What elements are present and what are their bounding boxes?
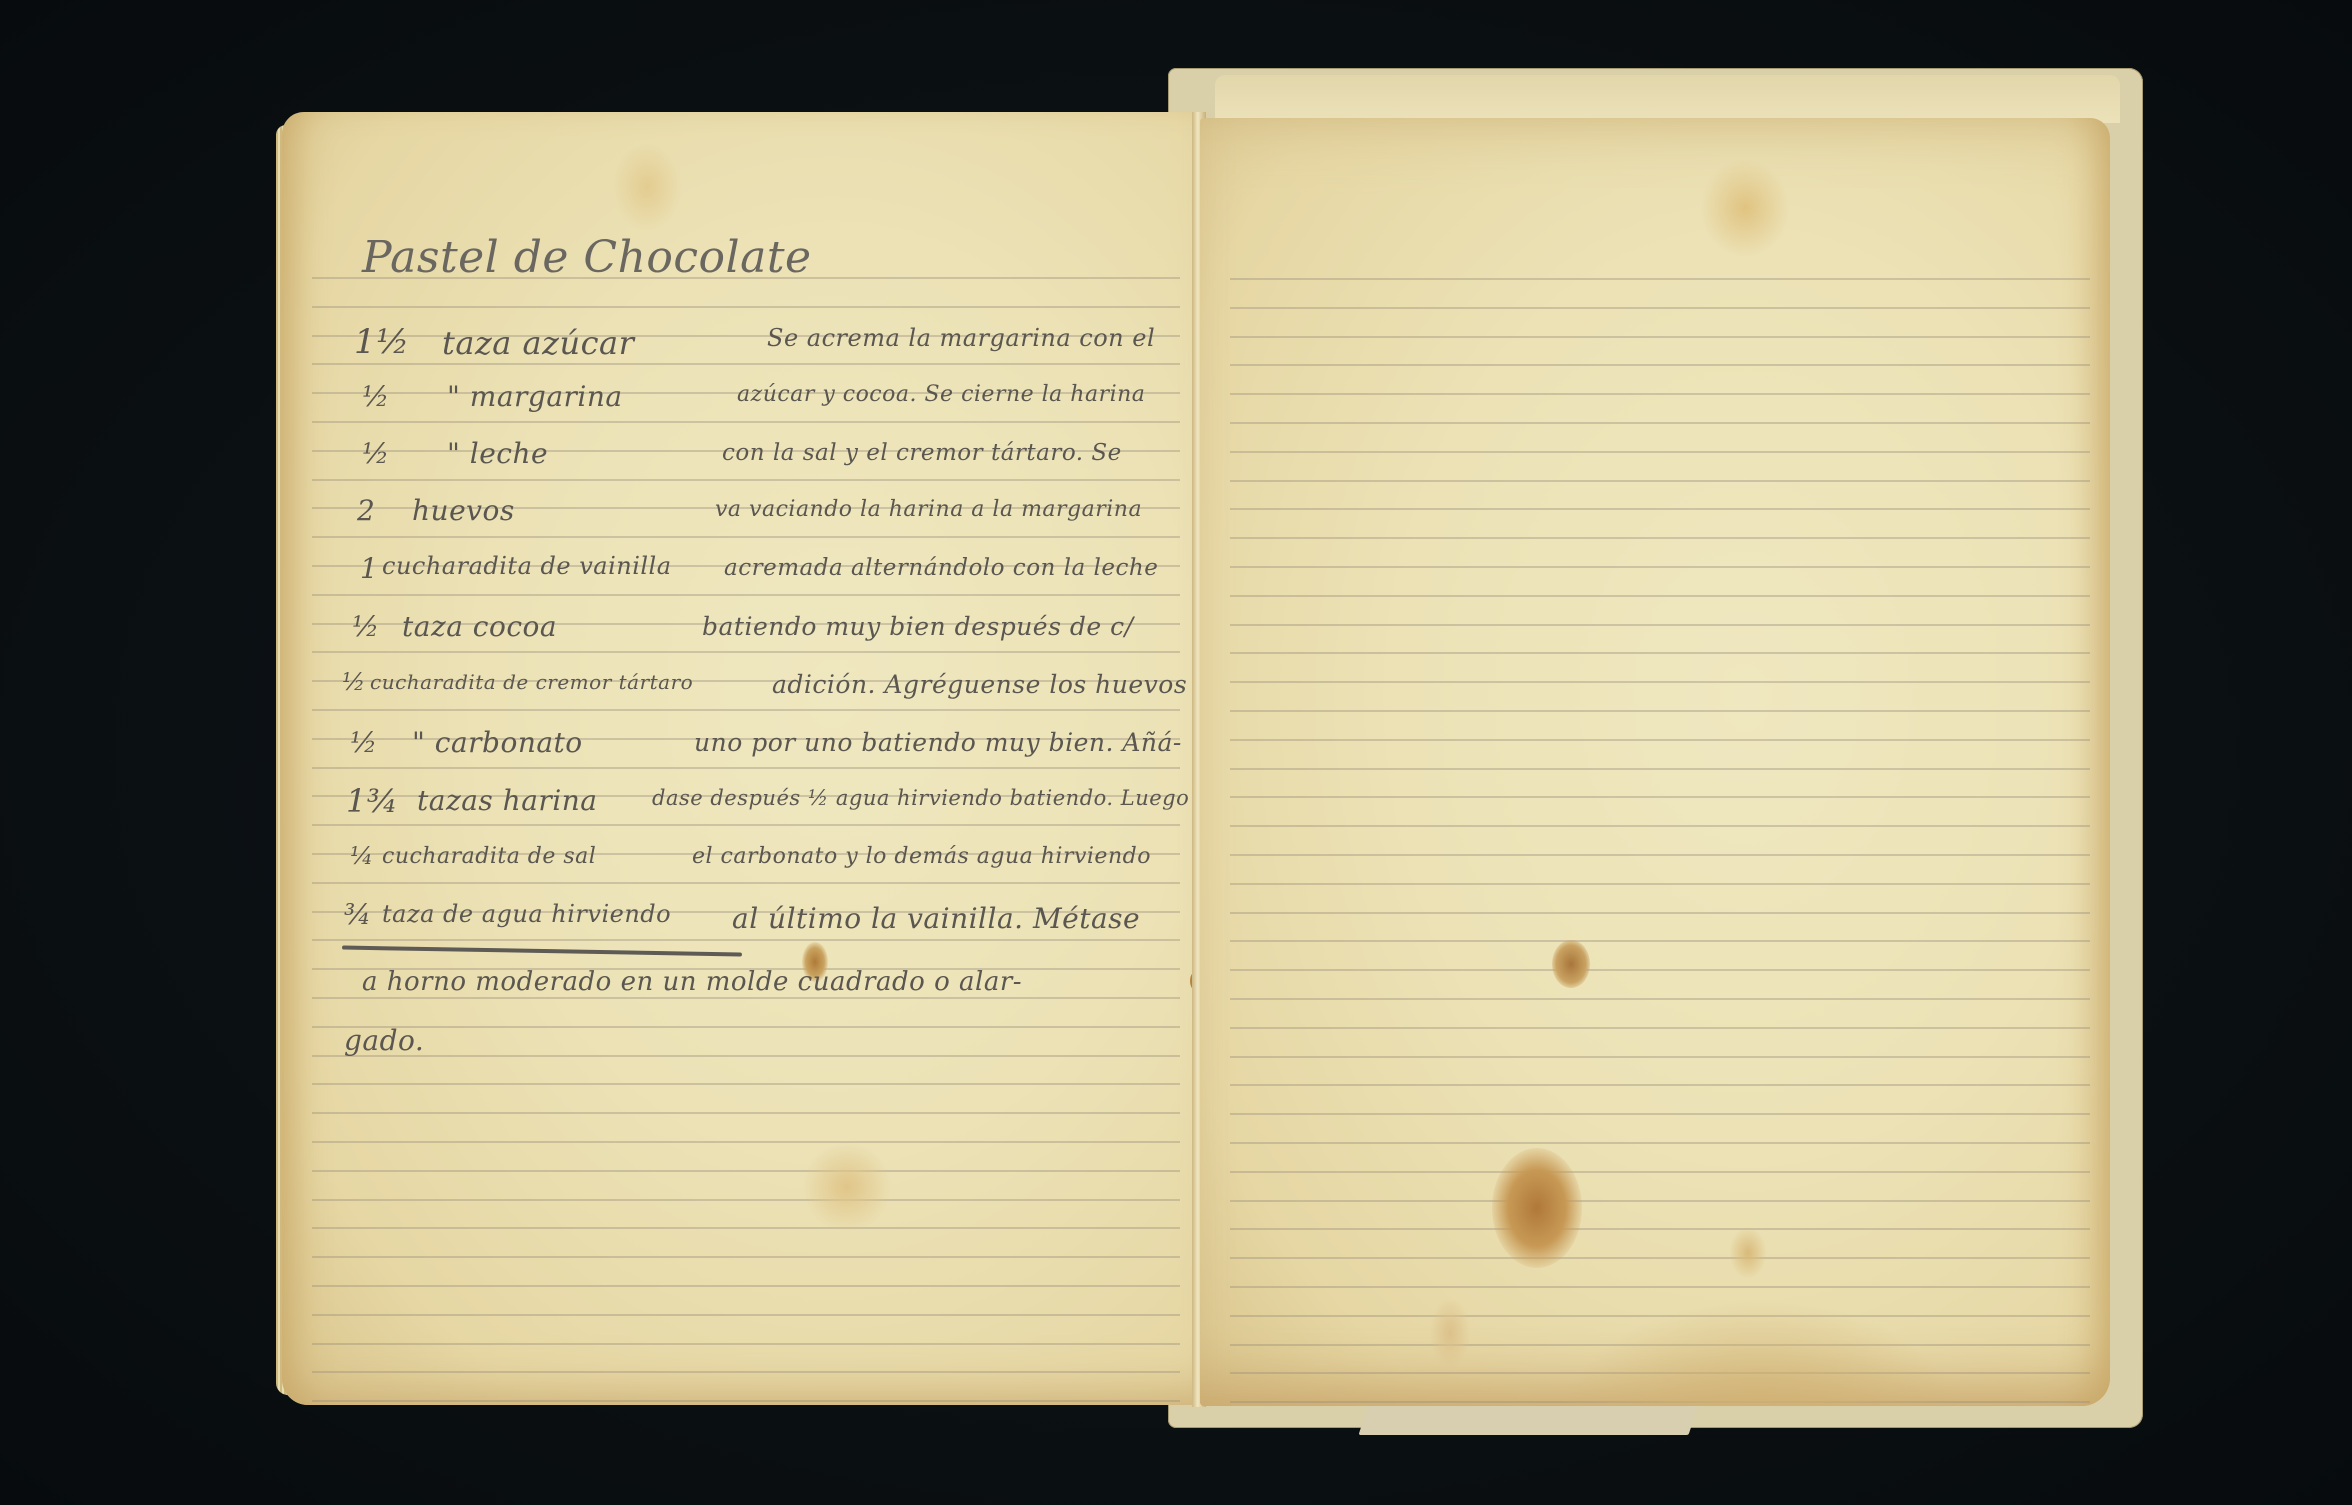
closing-line: a horno moderado en un molde cuadrado o … bbox=[362, 967, 1022, 997]
ruled-line bbox=[1230, 796, 2090, 798]
ruled-line bbox=[312, 882, 1180, 884]
ruled-line bbox=[312, 363, 1180, 365]
ruled-line bbox=[1230, 912, 2090, 914]
ingredient-qty: ½ bbox=[362, 380, 390, 413]
ruled-line bbox=[312, 1170, 1180, 1172]
ruled-line bbox=[312, 1256, 1180, 1258]
ruled-line bbox=[312, 1055, 1180, 1057]
ruled-line bbox=[1230, 1056, 2090, 1058]
ruled-line bbox=[1230, 998, 2090, 1000]
directions-line: uno por uno batiendo muy bien. Añá- bbox=[694, 728, 1182, 757]
ruled-lines bbox=[1200, 118, 2110, 1406]
stain bbox=[1552, 940, 1590, 988]
ruled-line bbox=[1230, 1142, 2090, 1144]
ruled-line bbox=[312, 997, 1180, 999]
directions-line: al último la vainilla. Métase bbox=[732, 902, 1140, 935]
ruled-line bbox=[312, 1112, 1180, 1114]
ingredient-item: taza azúcar bbox=[442, 324, 634, 362]
ruled-line bbox=[312, 709, 1180, 711]
ruled-line bbox=[312, 594, 1180, 596]
ruled-line bbox=[1230, 825, 2090, 827]
right-page bbox=[1200, 118, 2110, 1406]
ruled-line bbox=[312, 1083, 1180, 1085]
ruled-line bbox=[1230, 940, 2090, 942]
ruled-line bbox=[1230, 1027, 2090, 1029]
page-stack-top-edge bbox=[1215, 75, 2120, 123]
ruled-line bbox=[312, 1314, 1180, 1316]
ingredient-qty: ½ bbox=[362, 437, 390, 470]
ingredient-qty: 2 bbox=[357, 494, 375, 527]
directions-line: batiendo muy bien después de c/ bbox=[702, 612, 1134, 641]
ingredient-item: taza de agua hirviendo bbox=[382, 900, 671, 928]
notebook: Pastel de Chocolate 1½ taza azúcar ½ " m… bbox=[0, 0, 2352, 1505]
ingredient-item: " carbonato bbox=[412, 726, 583, 759]
directions-line: acremada alternándolo con la leche bbox=[724, 555, 1158, 581]
ruled-line bbox=[1230, 1286, 2090, 1288]
ruled-line bbox=[1230, 1171, 2090, 1173]
directions-line: Se acrema la margarina con el bbox=[767, 324, 1155, 352]
ingredient-item: cucharadita de vainilla bbox=[382, 552, 672, 580]
ruled-line bbox=[1230, 1200, 2090, 1202]
ruled-line bbox=[312, 1026, 1180, 1028]
ingredient-qty: ½ bbox=[350, 726, 378, 759]
ruled-line bbox=[1230, 480, 2090, 482]
ruled-line bbox=[1230, 278, 2090, 280]
ruled-line bbox=[312, 536, 1180, 538]
ruled-line bbox=[312, 824, 1180, 826]
directions-line: dase después ½ agua hirviendo batiendo. … bbox=[652, 786, 1189, 810]
ingredient-qty: ¼ bbox=[350, 842, 374, 870]
ruled-line bbox=[1230, 1084, 2090, 1086]
water-stain bbox=[1550, 1298, 1970, 1406]
ruled-line bbox=[1230, 883, 2090, 885]
directions-line: adición. Agréguense los huevos bbox=[772, 670, 1187, 699]
directions-line: va vaciando la harina a la margarina bbox=[715, 497, 1142, 522]
ruled-line bbox=[1230, 710, 2090, 712]
ingredient-item: taza cocoa bbox=[402, 610, 557, 643]
stain bbox=[1700, 158, 1790, 258]
stain bbox=[1492, 1148, 1582, 1268]
ruled-line bbox=[312, 939, 1180, 941]
ruled-line bbox=[312, 306, 1180, 308]
ruled-line bbox=[1230, 364, 2090, 366]
ingredient-qty: ½ bbox=[352, 610, 380, 643]
ingredient-item: huevos bbox=[412, 494, 515, 527]
directions-line: el carbonato y lo demás agua hirviendo bbox=[692, 844, 1151, 869]
ruled-line bbox=[1230, 768, 2090, 770]
ruled-line bbox=[1230, 595, 2090, 597]
directions-line: con la sal y el cremor tártaro. Se bbox=[722, 440, 1122, 466]
ruled-line bbox=[312, 767, 1180, 769]
ruled-line bbox=[1230, 451, 2090, 453]
ruled-line bbox=[1230, 681, 2090, 683]
ruled-line bbox=[312, 1371, 1180, 1373]
ruled-line bbox=[1230, 1228, 2090, 1230]
ruled-line bbox=[1230, 422, 2090, 424]
ruled-line bbox=[312, 1199, 1180, 1201]
ruled-line bbox=[312, 1285, 1180, 1287]
ruled-line bbox=[312, 479, 1180, 481]
ruled-line bbox=[1230, 508, 2090, 510]
ingredient-qty: 1½ bbox=[354, 322, 410, 362]
ruled-line bbox=[1230, 739, 2090, 741]
ruled-line bbox=[1230, 566, 2090, 568]
ingredient-item: cucharadita de cremor tártaro bbox=[370, 670, 693, 694]
ruled-line bbox=[1230, 307, 2090, 309]
ingredient-qty: ½ bbox=[342, 668, 366, 696]
ruled-line bbox=[312, 651, 1180, 653]
recipe-title: Pastel de Chocolate bbox=[362, 232, 812, 283]
left-page: Pastel de Chocolate 1½ taza azúcar ½ " m… bbox=[282, 112, 1200, 1405]
ruled-line bbox=[1230, 336, 2090, 338]
ruled-line bbox=[312, 1400, 1180, 1402]
stain bbox=[1430, 1298, 1470, 1368]
ingredient-qty: 1 bbox=[360, 552, 378, 585]
ruled-line bbox=[1230, 652, 2090, 654]
stain bbox=[612, 142, 682, 232]
ingredient-item: " leche bbox=[447, 437, 548, 470]
ruled-line bbox=[1230, 1257, 2090, 1259]
ruled-line bbox=[1230, 624, 2090, 626]
ingredient-item: " margarina bbox=[447, 380, 623, 413]
ruled-line bbox=[312, 421, 1180, 423]
directions-line: azúcar y cocoa. Se cierne la harina bbox=[737, 382, 1145, 407]
ruled-line bbox=[1230, 1113, 2090, 1115]
ingredient-item: cucharadita de sal bbox=[382, 844, 596, 869]
ruled-line bbox=[1230, 537, 2090, 539]
stain bbox=[802, 1142, 892, 1232]
ruled-line bbox=[312, 1343, 1180, 1345]
ruled-line bbox=[312, 1141, 1180, 1143]
ingredient-qty: 1¾ bbox=[346, 782, 398, 820]
ruled-line bbox=[1230, 969, 2090, 971]
ruled-line bbox=[312, 1227, 1180, 1229]
ruled-line bbox=[1230, 854, 2090, 856]
ingredient-item: tazas harina bbox=[417, 784, 597, 817]
ingredient-qty: ¾ bbox=[344, 898, 372, 931]
stain bbox=[1730, 1228, 1766, 1278]
ruled-line bbox=[1230, 393, 2090, 395]
closing-line: gado. bbox=[344, 1024, 424, 1057]
